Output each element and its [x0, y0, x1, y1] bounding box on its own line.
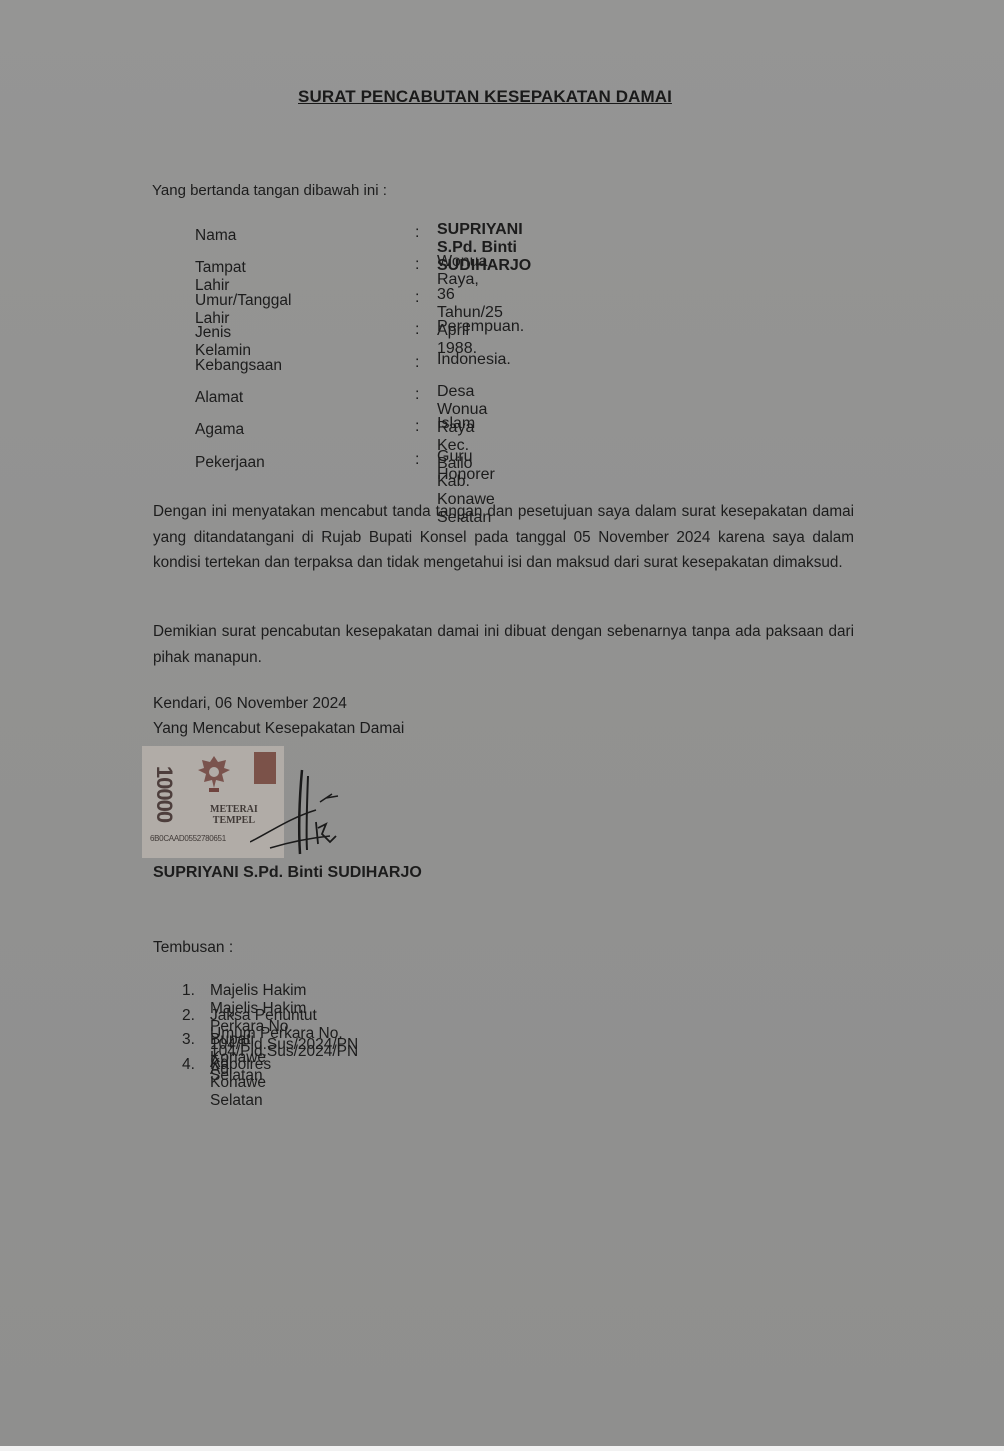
handwritten-signature	[250, 762, 360, 862]
field-label: Nama	[195, 227, 236, 245]
page-bottom-edge	[0, 1446, 1004, 1451]
document-page: SURAT PENCABUTAN KESEPAKATAN DAMAI Yang …	[0, 0, 1004, 1446]
document-title: SURAT PENCABUTAN KESEPAKATAN DAMAI	[298, 87, 672, 107]
field-colon: :	[415, 386, 419, 404]
field-colon: :	[415, 451, 419, 469]
field-colon: :	[415, 321, 419, 339]
field-value: Guru Honorer	[437, 448, 495, 484]
field-value: Indonesia.	[437, 351, 511, 369]
field-value: Wonua Raya,	[437, 253, 487, 289]
place-date: Kendari, 06 November 2024	[153, 695, 347, 713]
field-colon: :	[415, 354, 419, 372]
field-colon: :	[415, 418, 419, 436]
field-colon: :	[415, 256, 419, 274]
field-label: Tampat Lahir	[195, 259, 246, 295]
field-value: Perempuan.	[437, 318, 524, 336]
field-label: Kebangsaan	[195, 357, 282, 375]
statement-paragraph: Dengan ini menyatakan mencabut tanda tan…	[153, 499, 854, 576]
signer-title: Yang Mencabut Kesepakatan Damai	[153, 720, 404, 738]
field-label: Agama	[195, 421, 244, 439]
cc-title: Tembusan :	[153, 939, 233, 957]
signer-name: SUPRIYANI S.Pd. Binti SUDIHARJO	[153, 864, 422, 882]
field-label: Jenis Kelamin	[195, 324, 251, 360]
field-label: Alamat	[195, 389, 243, 407]
intro-text: Yang bertanda tangan dibawah ini :	[152, 182, 387, 199]
field-colon: :	[415, 224, 419, 242]
field-colon: :	[415, 289, 419, 307]
stamp-denomination: 10000	[148, 754, 180, 834]
closing-paragraph: Demikian surat pencabutan kesepakatan da…	[153, 619, 854, 670]
field-value: Islam	[437, 415, 475, 433]
garuda-emblem-icon	[194, 752, 234, 796]
stamp-serial: 6B0CAAD0552780651	[150, 834, 226, 843]
field-label: Pekerjaan	[195, 454, 265, 472]
field-label: Umur/Tanggal Lahir	[195, 292, 292, 328]
